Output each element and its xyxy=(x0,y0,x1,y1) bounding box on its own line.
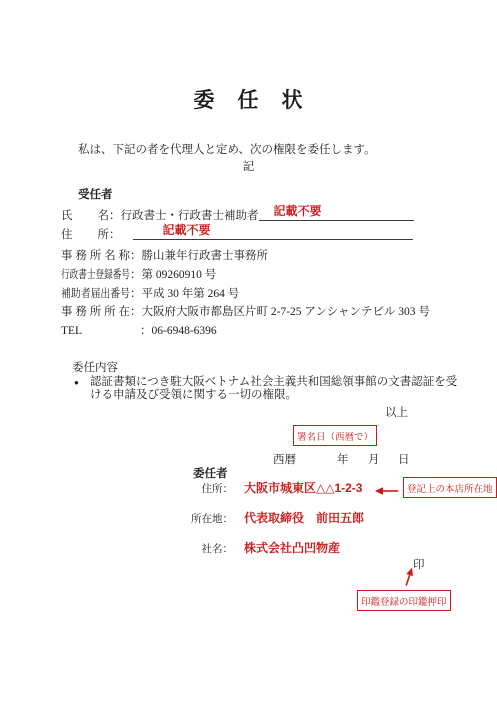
name-label: 氏名 xyxy=(61,207,109,223)
mandate-text: 認証書類につき駐大阪ベトナム社会主義共和国総領事館の文書認証を受ける申請及び受領… xyxy=(90,376,458,402)
name-annotation: 記載不要 xyxy=(274,202,322,219)
office-addr-value: 大阪府大阪市都島区片町 2-7-25 アンシャンテビル 303 号 xyxy=(142,306,430,318)
principal-representative-label: 所在地： xyxy=(185,511,233,526)
address-annotation: 記載不要 xyxy=(163,221,211,238)
principal-representative-value: 代表取締役 前田五郎 xyxy=(244,509,364,526)
head-office-annotation-box: 登記上の本店所在地 xyxy=(403,477,497,498)
sign-date-annotation-box: 署名日（西暦で） xyxy=(293,425,377,446)
address-blank-field: 記載不要 xyxy=(133,226,413,240)
recipient-row-reg-no: 行政書士登録番号：第 09260910 号 xyxy=(61,266,216,282)
arrow-left-icon xyxy=(374,483,398,501)
recipient-row-office-name: 事務所名称：勝山兼年行政書士事務所 xyxy=(61,247,268,263)
principal-heading: 委任者 xyxy=(193,465,228,481)
recipient-row-office-addr: 事務所所在：大阪府大阪市都島区片町 2-7-25 アンシャンテビル 303 号 xyxy=(61,303,430,319)
year-label: 年 xyxy=(337,451,349,467)
principal-address-value: 大阪市城東区△△1-2-3 xyxy=(244,479,362,496)
reg-no-value: 第 09260910 号 xyxy=(142,269,217,281)
assistant-no-label: 補助者届出番号 xyxy=(61,285,130,301)
address-label: 住所 xyxy=(61,226,109,242)
month-label: 月 xyxy=(368,451,380,467)
tel-label: TEL xyxy=(61,325,140,337)
tel-value: 06-6948-6396 xyxy=(152,325,217,337)
principal-company-label: 社名： xyxy=(185,541,233,556)
recipient-row-assistant-no: 補助者届出番号：平成 30 年第 264 号 xyxy=(61,285,239,301)
era-label: 西暦 xyxy=(273,451,296,467)
office-addr-label: 事務所所在 xyxy=(61,303,130,319)
principal-company-value: 株式会社凸凹物産 xyxy=(244,539,340,556)
arrow-up-icon xyxy=(401,566,417,593)
recipient-heading: 受任者 xyxy=(78,186,113,202)
principal-address-label: 住所： xyxy=(185,481,233,496)
ki-marker: 記 xyxy=(0,158,497,174)
closing-marker: 以上 xyxy=(385,404,408,420)
office-name-label: 事務所名称 xyxy=(61,247,130,263)
intro-text: 私は、下記の者を代理人と定め、次の権限を委任します。 xyxy=(78,141,376,157)
office-name-value: 勝山兼年行政書士事務所 xyxy=(142,250,269,262)
bullet-icon: ● xyxy=(74,376,90,402)
mandate-item: ● 認証書類につき駐大阪ベトナム社会主義共和国総領事館の文書認証を受ける申請及び… xyxy=(74,376,458,402)
reg-no-label: 行政書士登録番号 xyxy=(61,266,130,282)
assistant-no-value: 平成 30 年第 264 号 xyxy=(142,288,240,300)
seal-annotation-box: 印鑑登録の印鑑押印 xyxy=(357,590,451,611)
document-page: 委 任 状 私は、下記の者を代理人と定め、次の権限を委任します。 記 受任者 氏… xyxy=(0,0,497,702)
document-title: 委 任 状 xyxy=(0,84,497,114)
recipient-row-tel: TEL：06-6948-6396 xyxy=(61,322,217,338)
mandate-heading: 委任内容 xyxy=(72,359,118,375)
day-label: 日 xyxy=(398,451,410,467)
name-blank-field: 記載不要 xyxy=(259,207,414,221)
recipient-row-address: 住所：記載不要 xyxy=(61,226,413,242)
recipient-row-name: 氏名：行政書士・行政書士補助者記載不要 xyxy=(61,207,414,223)
